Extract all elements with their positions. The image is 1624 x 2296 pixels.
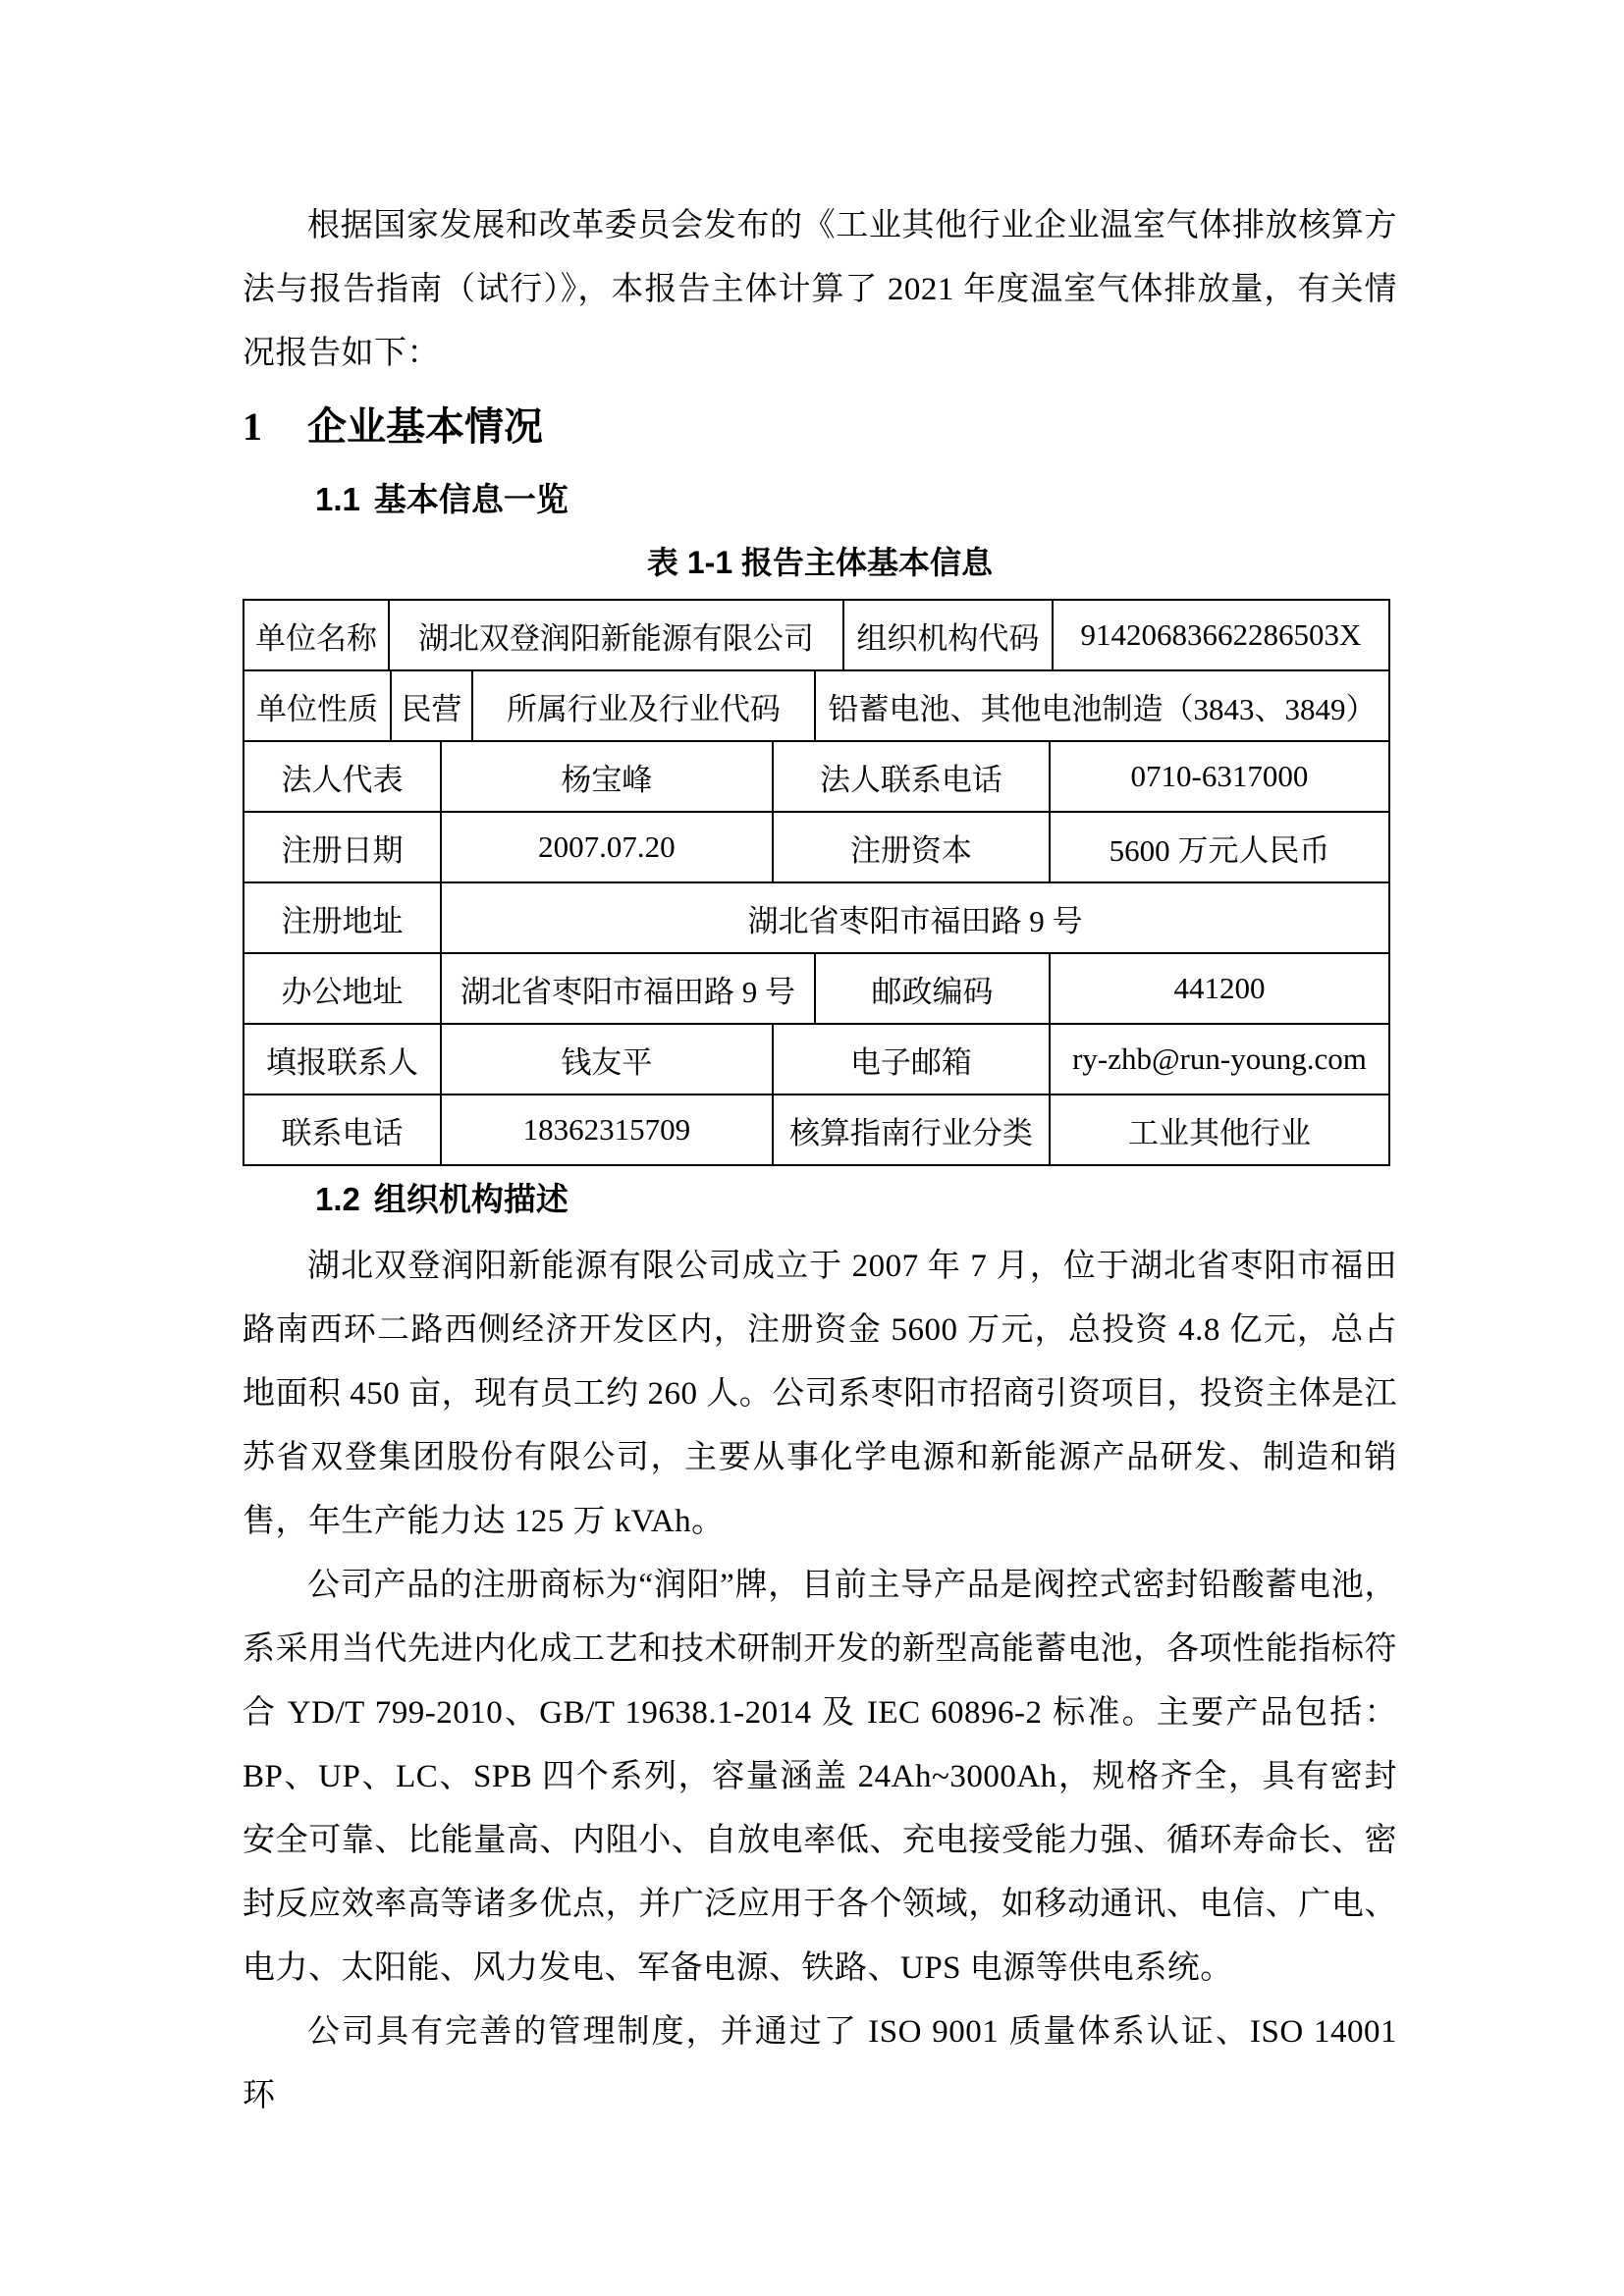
table-cell: 单位性质 [244, 671, 392, 742]
section-1-1-heading: 1.1基本信息一览 [315, 468, 1397, 531]
table-cell: 组织机构代码 [844, 601, 1054, 671]
table-cell: 杨宝峰 [442, 742, 774, 813]
table-row: 注册日期 2007.07.20 注册资本 5600 万元人民币 [244, 813, 1390, 883]
table-cell: 湖北省枣阳市福田路 9 号 [442, 954, 816, 1025]
table-cell: 18362315709 [442, 1095, 774, 1166]
table-cell: 填报联系人 [244, 1025, 442, 1095]
intro-paragraph: 根据国家发展和改革委员会发布的《工业其他行业企业温室气体排放核算方法与报告指南（… [243, 194, 1397, 386]
table-row: 填报联系人 钱友平 电子邮箱 ry-zhb@run-young.com [244, 1025, 1390, 1095]
table-cell: 核算指南行业分类 [774, 1095, 1051, 1166]
section-1-1-number: 1.1 [315, 481, 360, 517]
table-cell: 工业其他行业 [1051, 1095, 1390, 1166]
table-cell: 91420683662286503X [1054, 601, 1390, 671]
section-1-2-number: 1.2 [315, 1181, 360, 1217]
table-cell: 办公地址 [244, 954, 442, 1025]
section-1-title: 企业基本情况 [307, 404, 543, 449]
section-1-2-title: 组织机构描述 [374, 1181, 568, 1217]
table-cell: 民营 [392, 671, 473, 742]
table-cell: 5600 万元人民币 [1051, 813, 1390, 883]
table-cell: 所属行业及行业代码 [473, 671, 816, 742]
products-paragraph: 公司产品的注册商标为“润阳”牌，目前主导产品是阀控式密封铅酸蓄电池，系采用当代先… [243, 1554, 1397, 2001]
document-page: 根据国家发展和改革委员会发布的《工业其他行业企业温室气体排放核算方法与报告指南（… [0, 0, 1624, 2296]
table-cell: 电子邮箱 [774, 1025, 1051, 1095]
table-cell: 法人联系电话 [774, 742, 1051, 813]
table-cell: 邮政编码 [816, 954, 1051, 1025]
section-1-2-body: 湖北双登润阳新能源有限公司成立于 2007 年 7 月，位于湖北省枣阳市福田路南… [243, 1235, 1397, 2128]
table-cell: 铅蓄电池、其他电池制造（3843、3849） [816, 671, 1390, 742]
table-row: 办公地址 湖北省枣阳市福田路 9 号 邮政编码 441200 [244, 954, 1390, 1025]
section-1-heading: 1企业基本情况 [243, 396, 1397, 458]
section-1-2-heading: 1.2组织机构描述 [315, 1168, 1397, 1231]
table-cell: ry-zhb@run-young.com [1051, 1025, 1390, 1095]
table-cell: 注册日期 [244, 813, 442, 883]
table-cell: 法人代表 [244, 742, 442, 813]
table-row: 单位性质 民营 所属行业及行业代码 铅蓄电池、其他电池制造（3843、3849） [244, 671, 1390, 742]
section-1-number: 1 [243, 404, 262, 449]
table-row: 单位名称 湖北双登润阳新能源有限公司 组织机构代码 91420683662286… [244, 601, 1390, 671]
table-cell: 单位名称 [244, 601, 390, 671]
table-row: 联系电话 18362315709 核算指南行业分类 工业其他行业 [244, 1095, 1390, 1166]
table-caption: 表 1-1 报告主体基本信息 [243, 531, 1397, 594]
table-cell: 湖北省枣阳市福田路 9 号 [442, 883, 1390, 954]
table-cell: 钱友平 [442, 1025, 774, 1095]
table-cell: 注册资本 [774, 813, 1051, 883]
table-cell: 0710-6317000 [1051, 742, 1390, 813]
table-cell: 注册地址 [244, 883, 442, 954]
table-row: 法人代表 杨宝峰 法人联系电话 0710-6317000 [244, 742, 1390, 813]
company-profile-paragraph: 湖北双登润阳新能源有限公司成立于 2007 年 7 月，位于湖北省枣阳市福田路南… [243, 1235, 1397, 1554]
table-cell: 联系电话 [244, 1095, 442, 1166]
table-cell: 441200 [1051, 954, 1390, 1025]
table-cell: 2007.07.20 [442, 813, 774, 883]
certifications-paragraph: 公司具有完善的管理制度，并通过了 ISO 9001 质量体系认证、ISO 140… [243, 2001, 1397, 2128]
table-row: 注册地址 湖北省枣阳市福田路 9 号 [244, 883, 1390, 954]
basic-info-table: 单位名称 湖北双登润阳新能源有限公司 组织机构代码 91420683662286… [243, 599, 1390, 1166]
table-cell: 湖北双登润阳新能源有限公司 [390, 601, 844, 671]
section-1-1-title: 基本信息一览 [374, 481, 568, 517]
